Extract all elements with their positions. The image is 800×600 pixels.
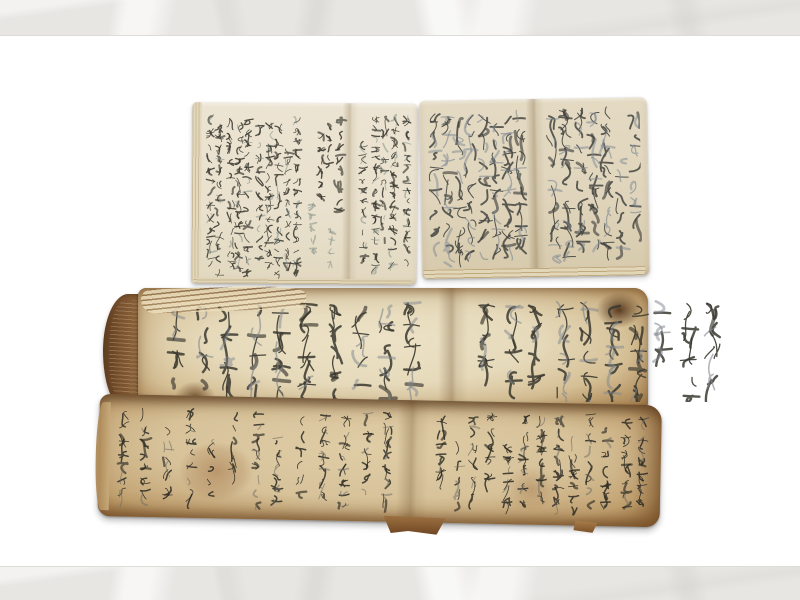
spine-fold-shadow — [438, 288, 468, 414]
handwriting-right-page — [474, 294, 726, 402]
handwriting-right-page — [357, 109, 411, 277]
handwriting-left-page — [428, 104, 529, 268]
protruding-page-tab — [573, 521, 597, 533]
page-stack-bottom — [193, 278, 411, 285]
handwriting-left-page — [203, 106, 302, 279]
photograph — [0, 0, 800, 600]
handwriting-right-page — [432, 407, 650, 517]
protruding-page-tab — [383, 516, 445, 535]
spine-fold-shadow — [395, 400, 429, 523]
backdrop-texture-bottom — [0, 566, 800, 600]
page-stack-bottom — [423, 266, 646, 279]
spine-fold-shadow — [341, 103, 358, 284]
manuscript-volume-bottom — [98, 394, 662, 527]
manuscript-booklet-top-left — [191, 102, 417, 285]
backdrop-texture-top — [0, 0, 800, 36]
manuscript-booklet-top-right — [419, 97, 649, 279]
handwriting-right-page — [546, 101, 643, 266]
page-stack-edge — [95, 402, 111, 510]
page-stack-edge — [191, 102, 201, 283]
handwriting-left-page — [162, 296, 424, 404]
handwriting-left-page — [112, 401, 400, 513]
spine-fold-shadow — [525, 99, 546, 277]
